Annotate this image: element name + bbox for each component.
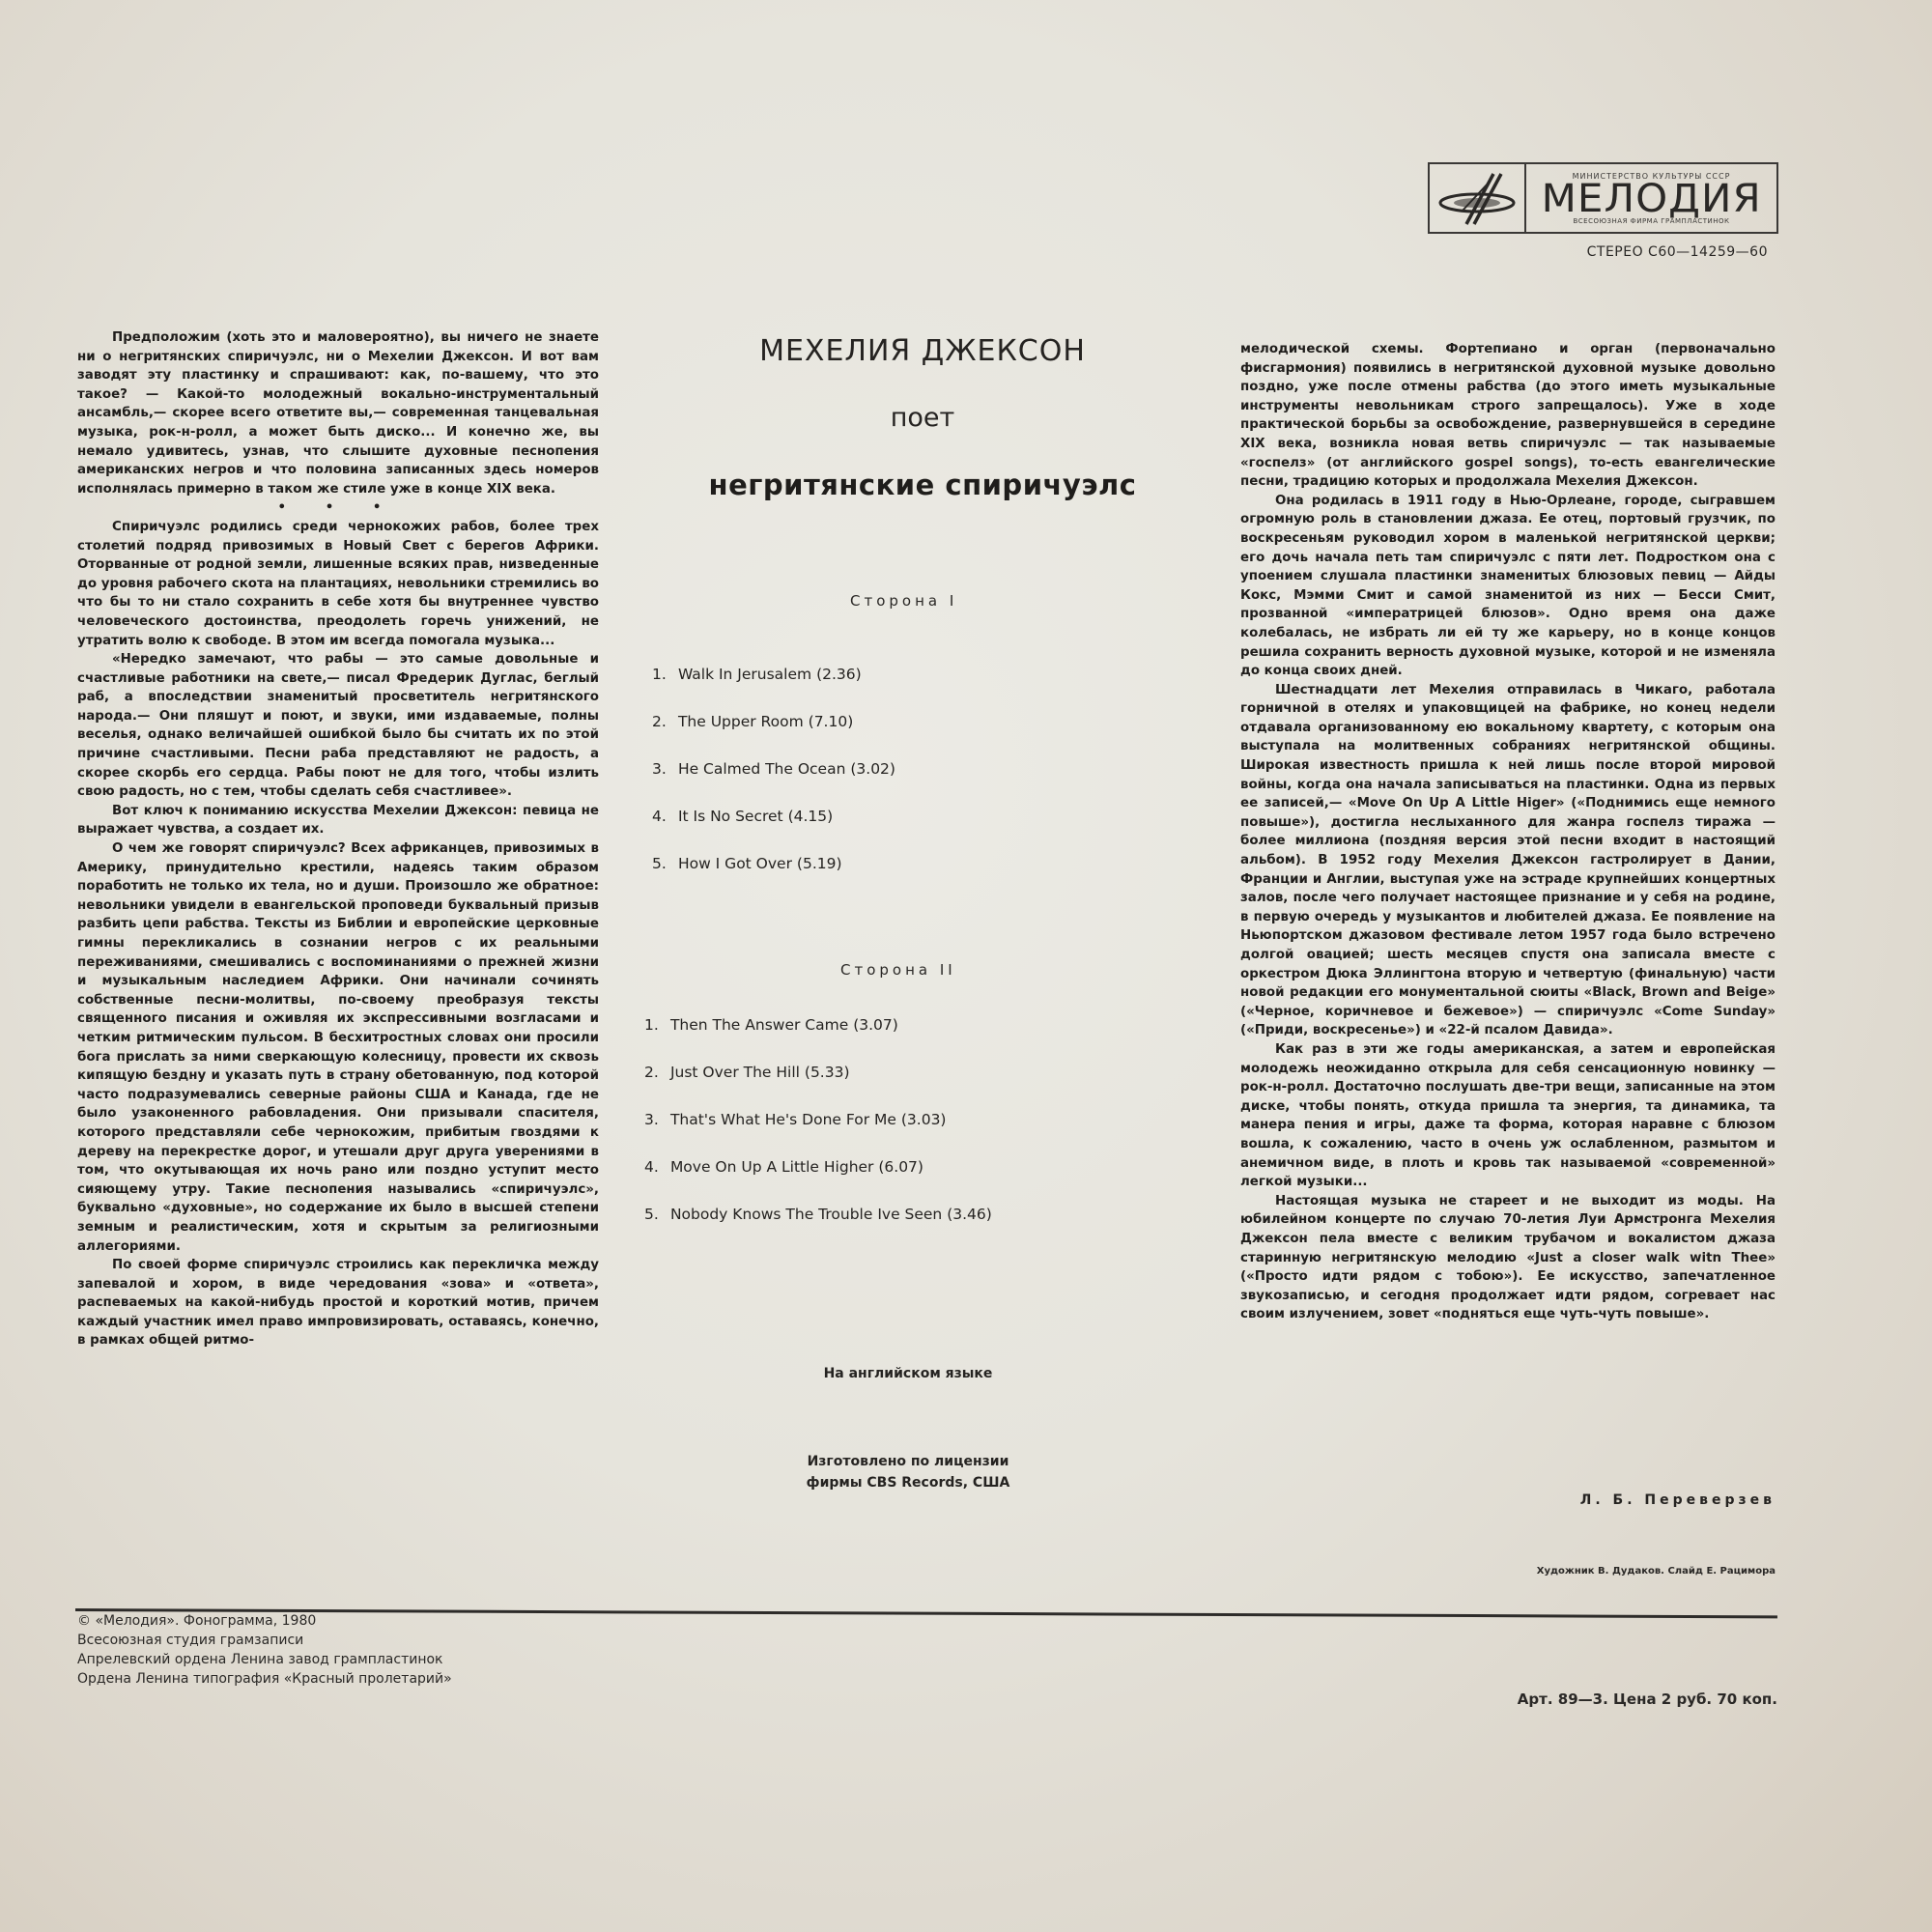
cover-artist-credit: Художник В. Дудаков. Слайд Е. Рацимора: [1537, 1566, 1776, 1577]
side-2-label: Сторона II: [840, 961, 956, 979]
essay-paragraph: Предположим (хоть это и маловероятно), в…: [77, 328, 599, 498]
track-item: 5. Nobody Knows The Trouble Ive Seen (3.…: [644, 1206, 992, 1253]
price-label: Арт. 89—3. Цена 2 руб. 70 коп.: [1518, 1690, 1777, 1708]
track-item: 5. How I Got Over (5.19): [652, 855, 895, 902]
copyright-line: © «Мелодия». Фонограмма, 1980: [77, 1611, 452, 1631]
essay-left-column: Предположим (хоть это и маловероятно), в…: [77, 328, 599, 1350]
studio-line: Всесоюзная студия грамзаписи: [77, 1631, 452, 1650]
essay-paragraph: Как раз в эти же годы американская, а за…: [1240, 1040, 1776, 1192]
essay-right-column: мелодической схемы. Фортепиано и орган (…: [1240, 340, 1776, 1324]
side-1-tracklist: 1. Walk In Jerusalem (2.36) 2. The Upper…: [652, 666, 895, 902]
essay-paragraph: О чем же говорят спиричуэлс? Всех африка…: [77, 839, 599, 1256]
license-note: Изготовлено по лицензии фирмы CBS Record…: [753, 1451, 1063, 1493]
section-separator: • • •: [77, 498, 599, 518]
catalog-number: СТЕРЕО С60—14259—60: [1587, 244, 1768, 260]
artist-name: МЕХЕЛИЯ ДЖЕКСОН: [638, 334, 1207, 368]
melodiya-emblem-icon: [1430, 164, 1526, 232]
essay-paragraph: мелодической схемы. Фортепиано и орган (…: [1240, 340, 1776, 492]
printer-line: Ордена Ленина типография «Красный пролет…: [77, 1669, 452, 1689]
track-item: 3. That's What He's Done For Me (3.03): [644, 1111, 992, 1158]
track-item: 4. Move On Up A Little Higher (6.07): [644, 1158, 992, 1206]
factory-line: Апрелевский ордена Ленина завод грамплас…: [77, 1650, 452, 1669]
track-item: 1. Walk In Jerusalem (2.36): [652, 666, 895, 713]
track-item: 4. It Is No Secret (4.15): [652, 808, 895, 855]
side-1-label: Сторона I: [850, 592, 957, 610]
license-line-1: Изготовлено по лицензии: [753, 1451, 1063, 1472]
license-line-2: фирмы CBS Records, США: [753, 1472, 1063, 1493]
side-2-tracklist: 1. Then The Answer Came (3.07) 2. Just O…: [644, 1016, 992, 1253]
language-note: На английском языке: [753, 1366, 1063, 1381]
track-item: 3. He Calmed The Ocean (3.02): [652, 760, 895, 808]
track-item: 1. Then The Answer Came (3.07): [644, 1016, 992, 1064]
essay-paragraph: Настоящая музыка не стареет и не выходит…: [1240, 1192, 1776, 1324]
footer-publisher-info: © «Мелодия». Фонограмма, 1980 Всесоюзная…: [77, 1611, 452, 1689]
essay-paragraph: Спиричуэлс родились среди чернокожих раб…: [77, 518, 599, 650]
essay-paragraph: Шестнадцати лет Мехелия отправилась в Чи…: [1240, 681, 1776, 1040]
melodiya-logo: МИНИСТЕРСТВО КУЛЬТУРЫ СССР МЕЛОДИЯ ВСЕСО…: [1428, 162, 1778, 234]
track-item: 2. Just Over The Hill (5.33): [644, 1064, 992, 1111]
essay-paragraph: По своей форме спиричуэлс строились как …: [77, 1256, 599, 1350]
essay-paragraph: Вот ключ к пониманию искусства Мехелии Д…: [77, 802, 599, 839]
essay-paragraph: Она родилась в 1911 году в Нью-Орлеане, …: [1240, 492, 1776, 681]
essay-author: Л. Б. Переверзев: [1580, 1492, 1776, 1508]
track-item: 2. The Upper Room (7.10): [652, 713, 895, 760]
album-genre-title: негритянские спиричуэлс: [638, 469, 1207, 501]
sings-word: поет: [638, 403, 1207, 433]
logo-brand-name: МЕЛОДИЯ: [1541, 181, 1761, 217]
record-back-cover: МИНИСТЕРСТВО КУЛЬТУРЫ СССР МЕЛОДИЯ ВСЕСО…: [0, 0, 1932, 1932]
essay-paragraph: «Нередко замечают, что рабы — это самые …: [77, 650, 599, 802]
